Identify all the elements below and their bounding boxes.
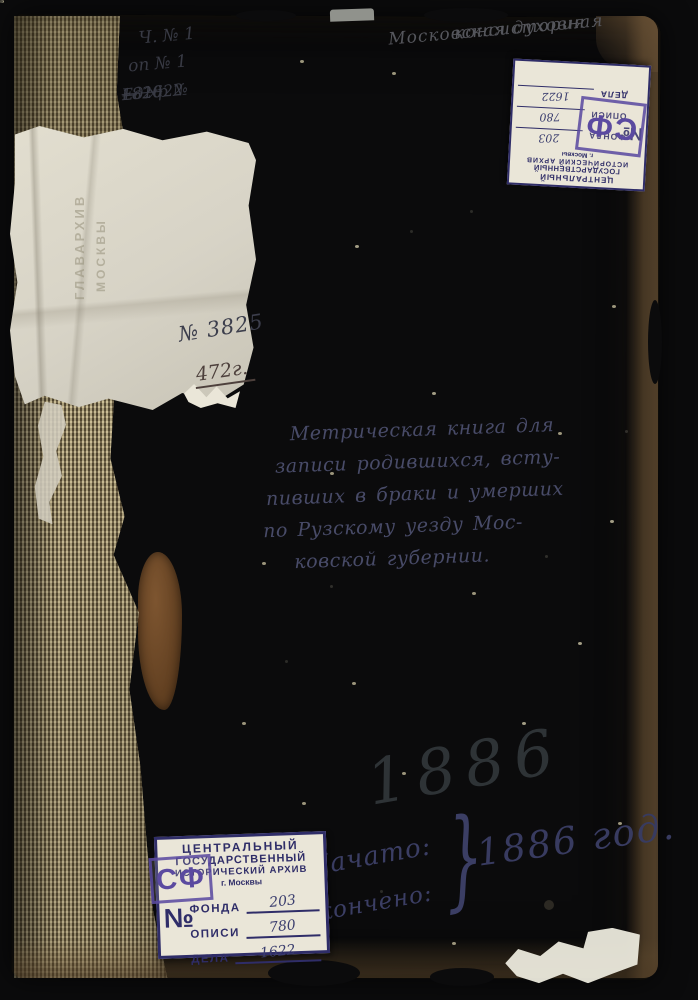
dirt-specks <box>0 0 3 3</box>
spine-tear-leather <box>138 552 182 710</box>
new-number: — 1622 <box>121 76 185 108</box>
opis-value: 780 <box>267 917 299 937</box>
glavarkhiv-watermark-line1: ГЛАВАРХИВ <box>72 194 87 300</box>
fond-value: 203 <box>536 130 561 144</box>
edge-chip <box>236 10 296 21</box>
title-inscription: Метрическая книга для записи родившихся,… <box>259 409 566 579</box>
delo-value: 1622 <box>258 942 299 963</box>
archive-label-flipped: ЦЕНТРАЛЬНЫЙ ГОСУДАРСТВЕННЫЙ ИСТОРИЧЕСКИЙ… <box>507 58 651 191</box>
fond-value: 203 <box>267 892 299 912</box>
edge-chip <box>648 300 662 384</box>
inventory-marks: Ч. № 1 оп № 1 Ед.хр № 1820 — 1622 <box>116 21 199 82</box>
ink-spot <box>544 900 554 910</box>
delo-row: ДЕЛА 1622 <box>191 941 322 966</box>
edge-chip <box>430 968 494 986</box>
opis-value: 780 <box>538 109 563 123</box>
sf-stamp: СФ <box>148 854 213 904</box>
opis-row: ОПИСИ 780 <box>190 916 321 941</box>
protruding-page-tab <box>330 8 374 22</box>
scan-background: Ч. № 1 оп № 1 Ед.хр № 1820 — 1622 Москов… <box>0 0 698 1000</box>
glavarkhiv-watermark-line2: МОСКВЫ <box>94 218 108 292</box>
delo-value: 1622 <box>539 88 571 103</box>
sf-stamp: СФ <box>575 96 647 158</box>
